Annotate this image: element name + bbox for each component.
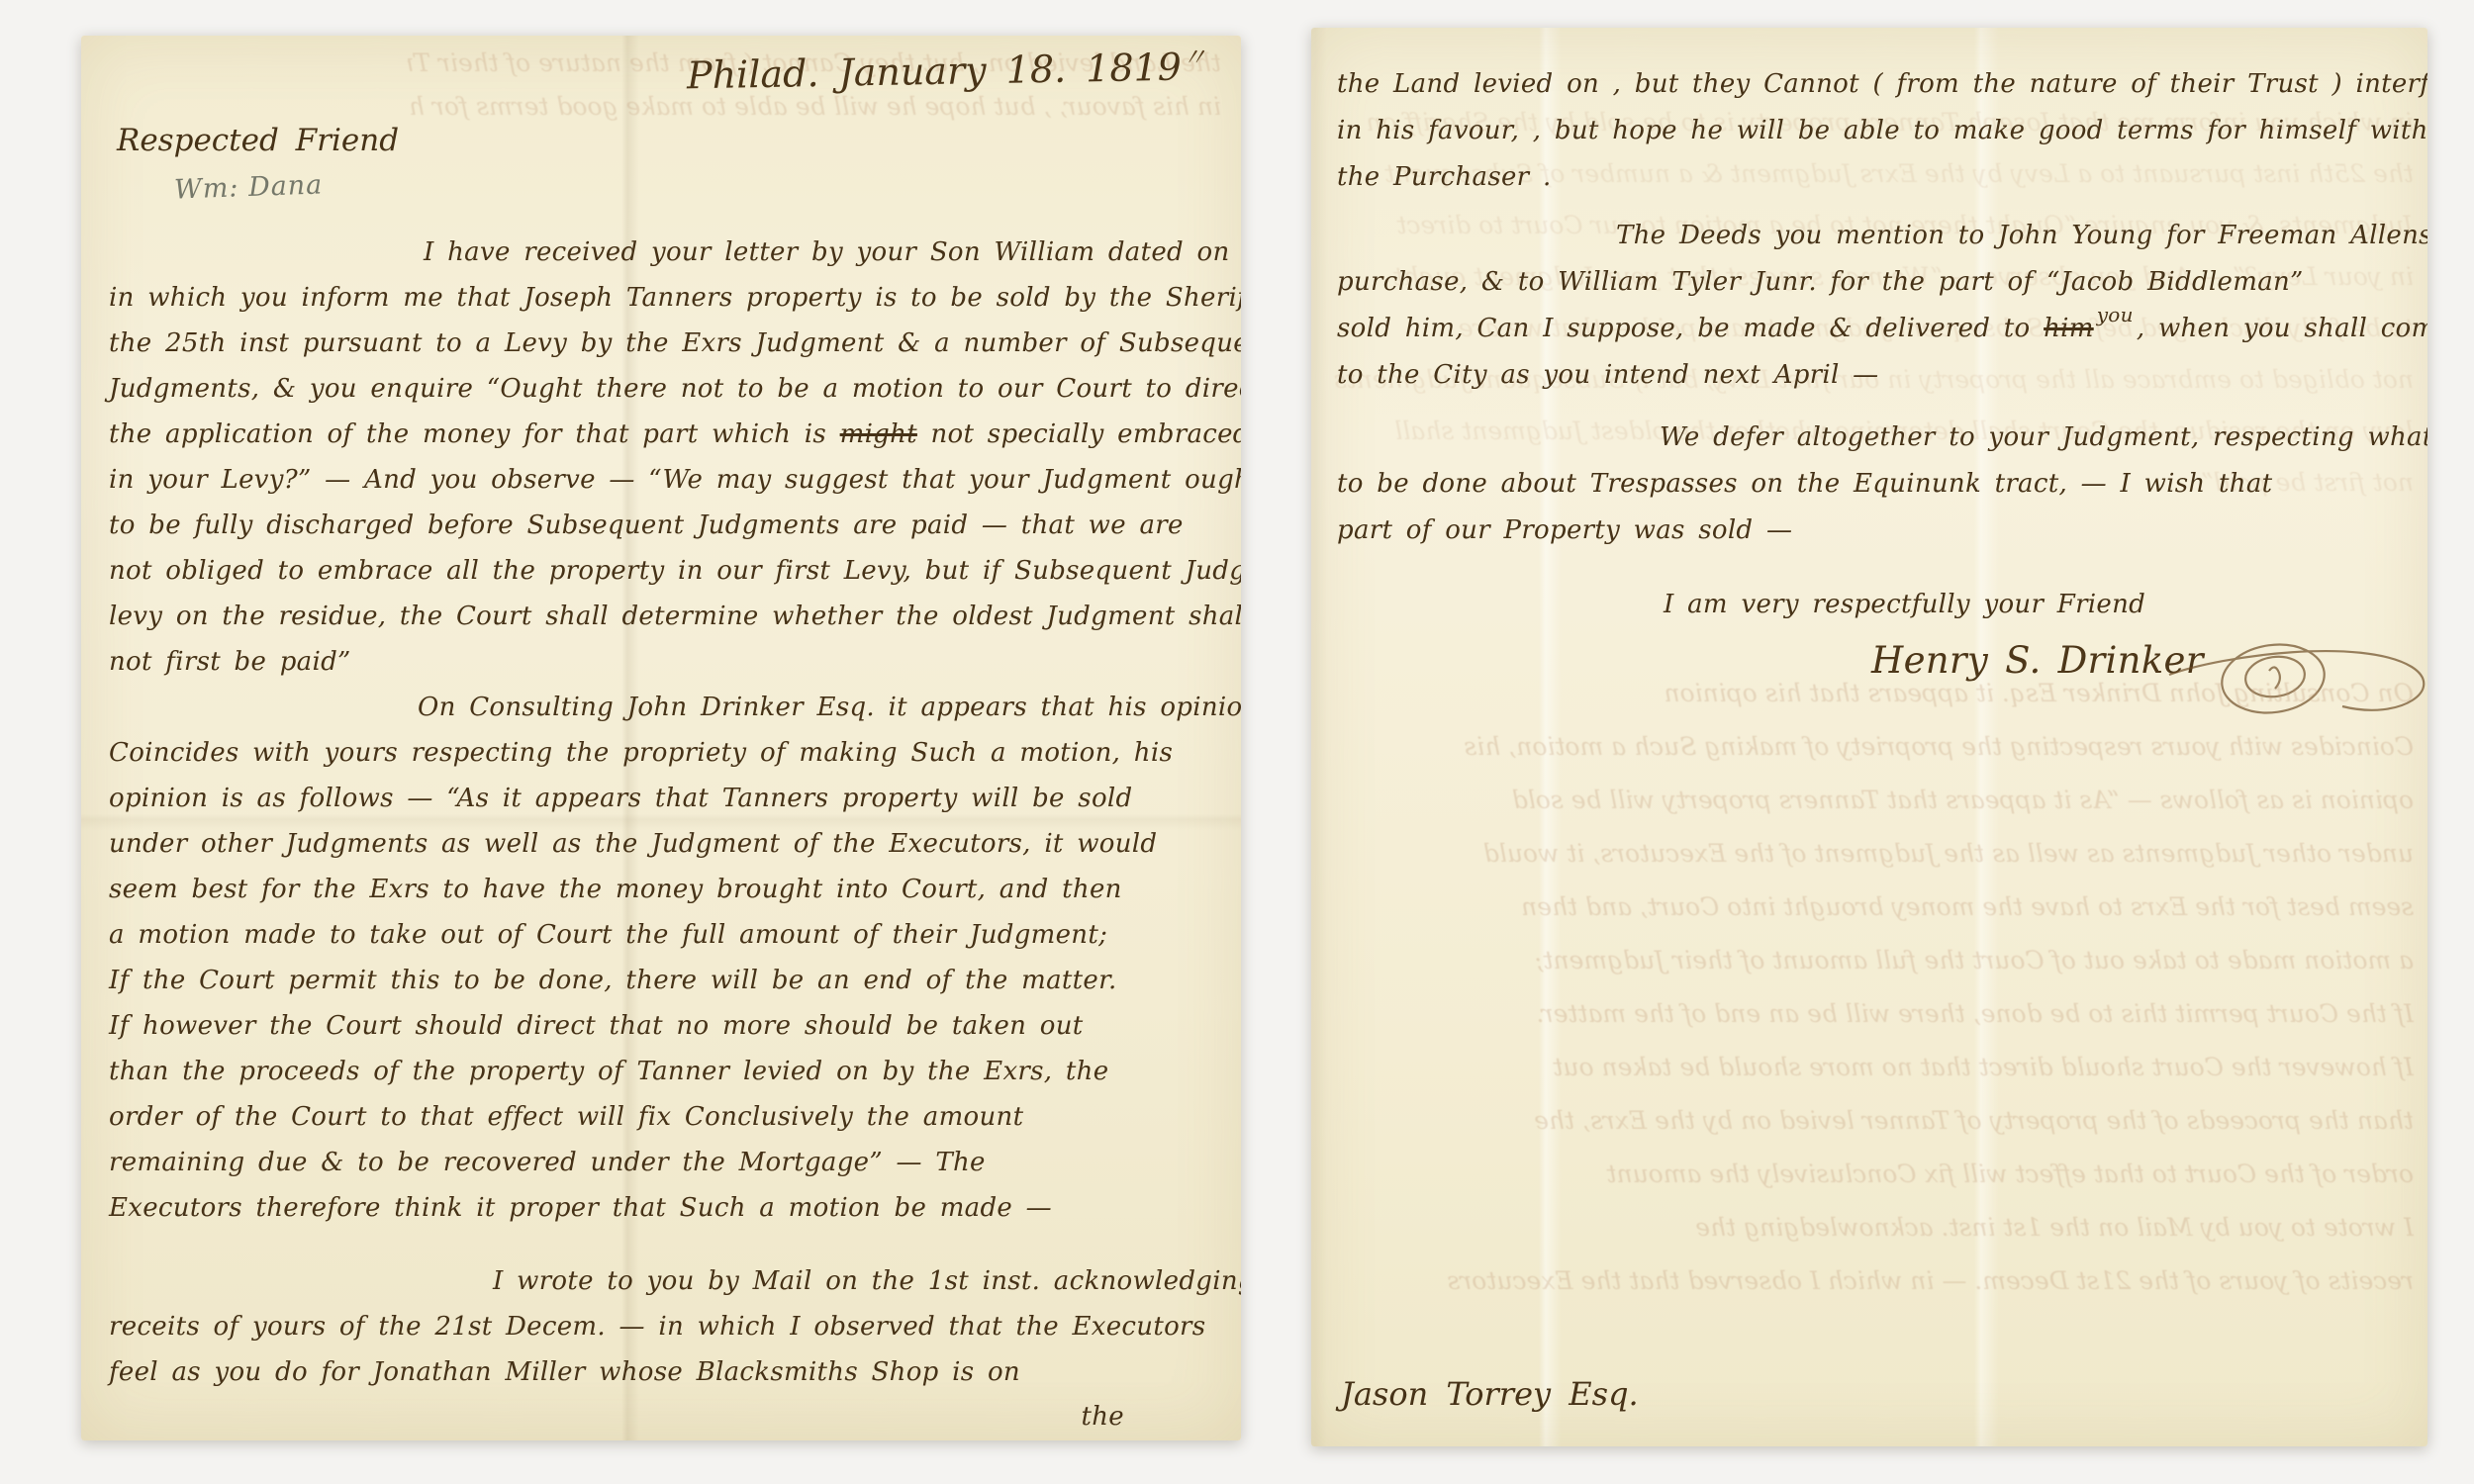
letter-line: I wrote to you by Mail on the 1st inst. … — [109, 1258, 1215, 1304]
letter-line: a motion made to take out of Court the f… — [109, 912, 1215, 958]
letter-body-page-2: the Land levied on , but they Cannot ( f… — [1337, 61, 2404, 689]
letter-line: purchase, & to William Tyler Junr. for t… — [1337, 259, 2404, 306]
letter-line: If however the Court should direct that … — [109, 1003, 1215, 1049]
corner-mark: 〃 — [1182, 38, 1207, 74]
letter-line: Executors therefore think it proper that… — [109, 1185, 1215, 1231]
letter-line: in which you inform me that Joseph Tanne… — [109, 275, 1215, 321]
bleedthrough-line: If the Court permit this to be done, the… — [1325, 987, 2414, 1041]
letter-line: I have received your letter by your Son … — [109, 230, 1215, 275]
letter-line: seem best for the Exrs to have the money… — [109, 867, 1215, 912]
letter-line: the Land levied on , but they Cannot ( f… — [1337, 61, 2404, 108]
letter-line: On Consulting John Drinker Esq. it appea… — [109, 685, 1215, 730]
letter-body-page-1: I have received your letter by your Son … — [109, 230, 1215, 1438]
dateline: Philad. January 18. 1819 — [687, 46, 1183, 98]
line-text: the application of the money for that pa… — [109, 419, 840, 449]
letter-line: to be fully discharged before Subsequent… — [109, 503, 1215, 548]
addressee: Jason Torrey Esq. — [1341, 1375, 1639, 1413]
bleedthrough-line: Coincides with yours respecting the prop… — [1325, 720, 2414, 774]
bleedthrough-line: a motion made to take out of Court the f… — [1325, 934, 2414, 987]
letter-line: to be done about Trespasses on the Equin… — [1337, 461, 2404, 508]
pencil-annotation: Wm: Dana — [174, 169, 324, 205]
letter-line: part of our Property was sold — — [1337, 508, 2404, 554]
bleedthrough-line: I wrote to you by Mail on the 1st inst. … — [1325, 1201, 2414, 1254]
letter-line: feel as you do for Jonathan Miller whose… — [109, 1349, 1215, 1395]
letter-line: to the City as you intend next April — — [1337, 352, 2404, 399]
inserted-word: you — [2097, 292, 2134, 338]
letter-line: opinion is as follows — “As it appears t… — [109, 776, 1215, 821]
letter-line: not obliged to embrace all the property … — [109, 548, 1215, 594]
letter-line: under other Judgments as well as the Jud… — [109, 821, 1215, 867]
letter-line: Judgments, & you enquire “Ought there no… — [109, 366, 1215, 412]
line-text: not specially embraced — [917, 419, 1241, 449]
letter-line: We defer altogether to your Judgment, re… — [1337, 415, 2404, 461]
letter-line: the 25th inst pursuant to a Levy by the … — [109, 321, 1215, 366]
bleedthrough-line: under other Judgments as well as the Jud… — [1325, 827, 2414, 881]
letter-line: than the proceeds of the property of Tan… — [109, 1049, 1215, 1094]
salutation: Respected Friend — [117, 123, 399, 158]
letter-scan: the Land levied on , but they Cannot ( f… — [0, 0, 2474, 1484]
bleedthrough-line: seem best for the Exrs to have the money… — [1325, 881, 2414, 934]
letter-line: receits of yours of the 21st Decem. — in… — [109, 1304, 1215, 1349]
letter-line: not first be paid” — [109, 639, 1215, 685]
letter-line: order of the Court to that effect will f… — [109, 1094, 1215, 1140]
letter-page-2: in which you inform me that Joseph Tanne… — [1311, 28, 2427, 1446]
closing-salutation: I am very respectfully your Friend — [1337, 580, 2404, 629]
bleedthrough-line: If however the Court should direct that … — [1325, 1041, 2414, 1094]
struck-word: him — [2044, 314, 2094, 343]
letter-line: Coincides with yours respecting the prop… — [109, 730, 1215, 776]
letter-line: in his favour, , but hope he will be abl… — [1337, 108, 2404, 154]
letter-line: levy on the residue, the Court shall det… — [109, 594, 1215, 639]
letter-line-with-strikeout: the application of the money for that pa… — [109, 412, 1215, 457]
letter-line: The Deeds you mention to John Young for … — [1337, 213, 2404, 259]
bleedthrough-line: order of the Court to that effect will f… — [1325, 1148, 2414, 1201]
letter-line: If the Court permit this to be done, the… — [109, 958, 1215, 1003]
catchword: the — [109, 1395, 1215, 1438]
letter-line: the Purchaser . — [1337, 154, 2404, 201]
ink-bleedthrough: On Consulting John Drinker Esq. it appea… — [1325, 667, 2414, 1308]
bleedthrough-line: receits of yours of the 21st Decem. — in… — [1325, 1254, 2414, 1308]
line-text: sold him, Can I suppose, be made & deliv… — [1337, 314, 2044, 343]
bleedthrough-line: On Consulting John Drinker Esq. it appea… — [1325, 667, 2414, 720]
letter-line-with-insertion: sold him, Can I suppose, be made & deliv… — [1337, 306, 2404, 352]
letter-line: remaining due & to be recovered under th… — [109, 1140, 1215, 1185]
line-text: , when you shall come — [2137, 314, 2427, 343]
bleedthrough-line: than the proceeds of the property of Tan… — [1325, 1094, 2414, 1148]
letter-page-1: the Land levied on , but they Cannot ( f… — [81, 36, 1241, 1440]
bleedthrough-line: opinion is as follows — “As it appears t… — [1325, 774, 2414, 827]
struck-word: might — [840, 419, 917, 449]
letter-line: in your Levy?” — And you observe — “We m… — [109, 457, 1215, 503]
